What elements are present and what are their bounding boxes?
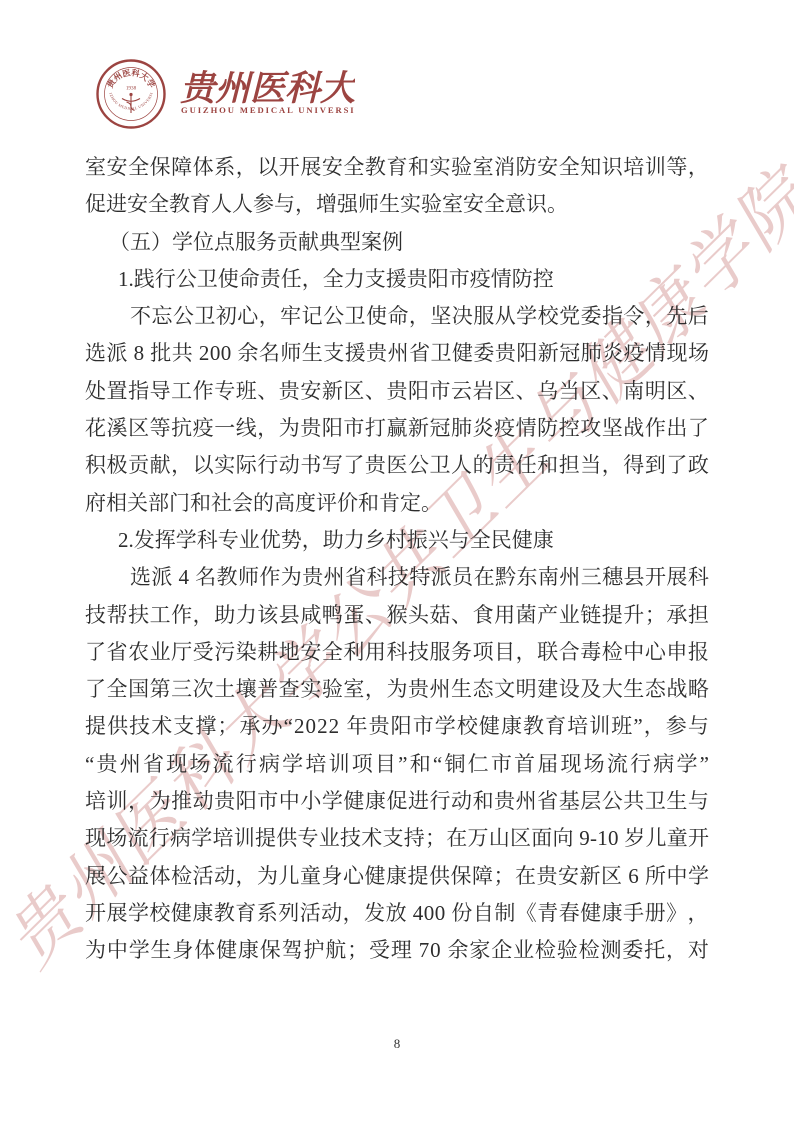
- text-line: 培训，为推动贵阳市中小学健康促进行动和贵州省基层公共卫生与: [85, 783, 709, 820]
- document-body: 室安全保障体系，以开展安全教育和实验室消防安全知识培训等， 促进安全教育人人参与…: [85, 149, 709, 970]
- text-line: 展公益体检活动，为儿童身心健康提供保障；在贵安新区 6 所中学: [85, 858, 709, 895]
- text-line: 室安全保障体系，以开展安全教育和实验室消防安全知识培训等，: [85, 149, 709, 186]
- sub-heading: 2.发挥学科专业优势，助力乡村振兴与全民健康: [85, 522, 709, 559]
- text-line: 府相关部门和社会的高度评价和肯定。: [85, 485, 709, 522]
- text-line: 技帮扶工作，助力该县咸鸭蛋、猴头菇、食用菌产业链提升；承担: [85, 597, 709, 634]
- seal-year: 1938: [126, 86, 137, 92]
- text-line: 现场流行病学培训提供专业技术支持；在万山区面向 9-10 岁儿童开: [85, 820, 709, 857]
- text-line: 不忘公卫初心，牢记公卫使命，坚决服从学校党委指令，先后: [85, 298, 709, 335]
- text-line: “贵州省现场流行病学培训项目”和“铜仁市首届现场流行病学”: [85, 746, 709, 783]
- text-line: 为中学生身体健康保驾护航；受理 70 余家企业检验检测委托，对: [85, 932, 709, 969]
- text-line: 花溪区等抗疫一线，为贵阳市打赢新冠肺炎疫情防控攻坚战作出了: [85, 410, 709, 447]
- text-line: 提供技术支撑；承办“2022 年贵阳市学校健康教育培训班”，参与: [85, 708, 709, 745]
- text-line: 了省农业厅受污染耕地安全利用科技服务项目，联合毒检中心申报: [85, 634, 709, 671]
- text-line: 选派 4 名教师作为贵州省科技特派员在黔东南州三穗县开展科: [85, 559, 709, 596]
- text-line: 了全国第三次土壤普查实验室，为贵州生态文明建设及大生态战略: [85, 671, 709, 708]
- text-line: 积极贡献，以实际行动书写了贵医公卫人的责任和担当，得到了政: [85, 447, 709, 484]
- text-line: 选派 8 批共 200 余名师生支援贵州省卫健委贵阳新冠肺炎疫情现场: [85, 335, 709, 372]
- university-seal-icon: 贵州医科大学 1938 GUIZHOU MEDICAL UNIVERSITY: [95, 56, 165, 128]
- page-number: 8: [0, 1036, 794, 1052]
- text-line: 开展学校健康教育系列活动，发放 400 份自制《青春健康手册》，: [85, 895, 709, 932]
- university-logo: 贵州医科大学 1938 GUIZHOU MEDICAL UNIVERSITY 贵…: [95, 56, 355, 136]
- sub-heading: 1.践行公卫使命责任，全力支援贵阳市疫情防控: [85, 261, 709, 298]
- university-name-zh: 贵州医科大学: [180, 69, 355, 108]
- text-line: 促进安全教育人人参与，增强师生实验室安全意识。: [85, 186, 709, 223]
- document-page: 贵州医科大学 1938 GUIZHOU MEDICAL UNIVERSITY 贵…: [0, 0, 794, 1123]
- university-name-en: GUIZHOU MEDICAL UNIVERSITY: [181, 105, 355, 115]
- section-heading: （五）学位点服务贡献典型案例: [85, 224, 709, 261]
- text-line: 处置指导工作专班、贵安新区、贵阳市云岩区、乌当区、南明区、: [85, 373, 709, 410]
